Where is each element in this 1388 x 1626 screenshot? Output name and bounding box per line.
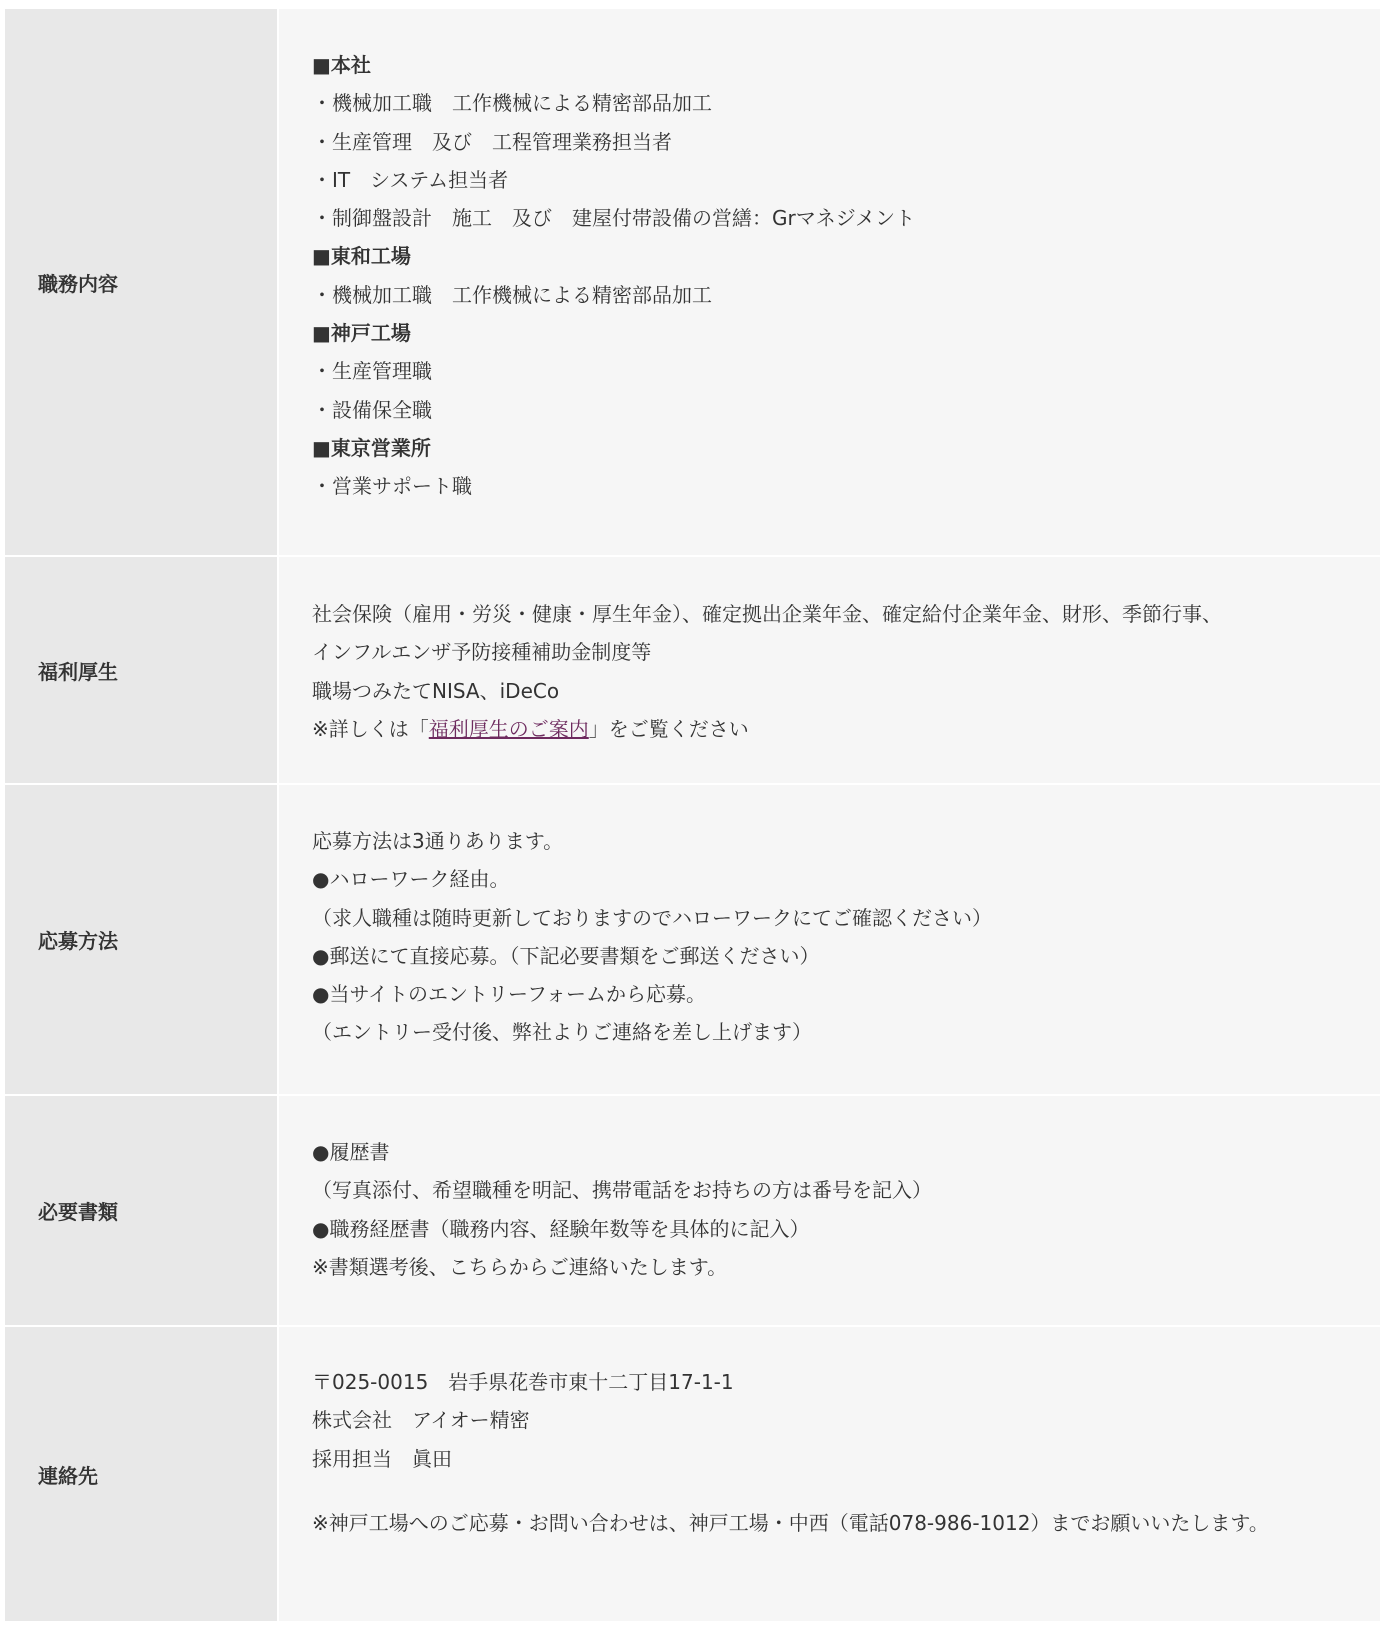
- row-label-text: 福利厚生: [38, 656, 118, 685]
- company-name: 株式会社 アイオー精密: [312, 1401, 1352, 1439]
- benefits-guide-link[interactable]: 福利厚生のご案内: [429, 717, 589, 741]
- list-item: ・機械加工職 工作機械による精密部品加工: [312, 84, 1352, 122]
- table-row-required-documents: 必要書類 ●履歴書 （写真添付、希望職種を明記、携帯電話をお持ちの方は番号を記入…: [5, 1096, 1380, 1327]
- section-heading-head-office: ■本社: [312, 46, 1352, 84]
- table-row-application-method: 応募方法 応募方法は3通りあります。 ●ハローワーク経由。 （求人職種は随時更新…: [5, 785, 1380, 1096]
- list-item: ・営業サポート職: [312, 467, 1352, 505]
- section-heading-kobe-factory: ■神戸工場: [312, 314, 1352, 352]
- list-item: ・生産管理職: [312, 352, 1352, 390]
- list-item: ●ハローワーク経由。: [312, 860, 1352, 898]
- list-item: ●当サイトのエントリーフォームから応募。: [312, 975, 1352, 1013]
- benefits-guide-line: ※詳しくは「福利厚生のご案内」をご覧ください: [312, 710, 1352, 748]
- text-suffix: 」をご覧ください: [589, 717, 749, 741]
- row-label-text: 連絡先: [38, 1460, 98, 1489]
- row-content: 社会保険（雇用・労災・健康・厚生年金）、確定拠出企業年金、確定給付企業年金、財形…: [279, 557, 1380, 783]
- row-label-text: 応募方法: [38, 925, 118, 954]
- table-row-job-description: 職務内容 ■本社 ・機械加工職 工作機械による精密部品加工 ・生産管理 及び 工…: [5, 9, 1380, 557]
- kobe-contact-note: ※神戸工場へのご応募・お問い合わせは、神戸工場・中西（電話078-986-101…: [312, 1504, 1352, 1542]
- text-line: インフルエンザ予防接種補助金制度等: [312, 633, 1352, 671]
- recruitment-info-table: 職務内容 ■本社 ・機械加工職 工作機械による精密部品加工 ・生産管理 及び 工…: [5, 9, 1380, 1621]
- list-item: ・設備保全職: [312, 391, 1352, 429]
- section-heading-towa-factory: ■東和工場: [312, 237, 1352, 275]
- row-label: 応募方法: [5, 785, 279, 1094]
- text-prefix: ※詳しくは「: [312, 717, 429, 741]
- row-content: ●履歴書 （写真添付、希望職種を明記、携帯電話をお持ちの方は番号を記入） ●職務…: [279, 1096, 1380, 1325]
- text-line: （写真添付、希望職種を明記、携帯電話をお持ちの方は番号を記入）: [312, 1171, 1352, 1209]
- row-label-text: 職務内容: [38, 268, 118, 297]
- list-item: ●郵送にて直接応募。（下記必要書類をご郵送ください）: [312, 937, 1352, 975]
- text-line: ※書類選考後、こちらからご連絡いたします。: [312, 1248, 1352, 1286]
- list-item: ・機械加工職 工作機械による精密部品加工: [312, 276, 1352, 314]
- table-row-benefits: 福利厚生 社会保険（雇用・労災・健康・厚生年金）、確定拠出企業年金、確定給付企業…: [5, 557, 1380, 785]
- row-content: 〒025-0015 岩手県花巻市東十二丁目17-1-1 株式会社 アイオー精密 …: [279, 1327, 1380, 1621]
- text-line: 応募方法は3通りあります。: [312, 822, 1352, 860]
- text-line: 職場つみたてNISA、iDeCo: [312, 672, 1352, 710]
- row-label-text: 必要書類: [38, 1196, 118, 1225]
- recruiter-name: 採用担当 眞田: [312, 1440, 1352, 1478]
- row-content: 応募方法は3通りあります。 ●ハローワーク経由。 （求人職種は随時更新しておりま…: [279, 785, 1380, 1094]
- section-heading-tokyo-office: ■東京営業所: [312, 429, 1352, 467]
- text-line: 社会保険（雇用・労災・健康・厚生年金）、確定拠出企業年金、確定給付企業年金、財形…: [312, 595, 1352, 633]
- list-item: ●職務経歴書（職務内容、経験年数等を具体的に記入）: [312, 1210, 1352, 1248]
- list-item: ●履歴書: [312, 1133, 1352, 1171]
- row-label: 福利厚生: [5, 557, 279, 783]
- row-label: 必要書類: [5, 1096, 279, 1325]
- row-content: ■本社 ・機械加工職 工作機械による精密部品加工 ・生産管理 及び 工程管理業務…: [279, 9, 1380, 555]
- row-label: 連絡先: [5, 1327, 279, 1621]
- list-item: ・IT システム担当者: [312, 161, 1352, 199]
- text-line: （求人職種は随時更新しておりますのでハローワークにてご確認ください）: [312, 899, 1352, 937]
- text-line: （エントリー受付後、弊社よりご連絡を差し上げます）: [312, 1013, 1352, 1051]
- row-label: 職務内容: [5, 9, 279, 555]
- postal-address: 〒025-0015 岩手県花巻市東十二丁目17-1-1: [312, 1363, 1352, 1401]
- list-item: ・生産管理 及び 工程管理業務担当者: [312, 123, 1352, 161]
- spacer: [312, 1478, 1352, 1504]
- list-item: ・制御盤設計 施工 及び 建屋付帯設備の営繕：Grマネジメント: [312, 199, 1352, 237]
- table-row-contact: 連絡先 〒025-0015 岩手県花巻市東十二丁目17-1-1 株式会社 アイオ…: [5, 1327, 1380, 1621]
